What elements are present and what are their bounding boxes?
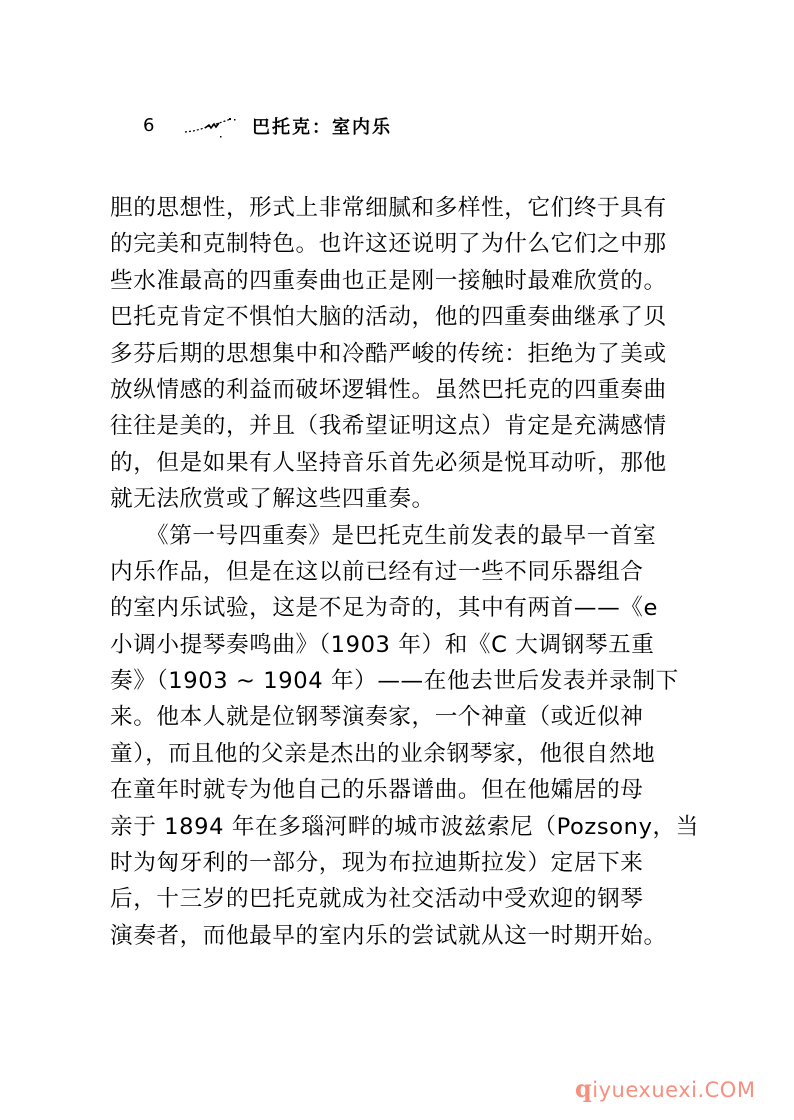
text-line: 就无法欣赏或了解这些四重奏。 <box>110 481 670 517</box>
watermark-text: iyuexuexi.COM <box>592 1078 755 1102</box>
text-line: 时为匈牙利的一部分，现为布拉迪斯拉发）定居下来 <box>110 845 670 881</box>
text-line: 演奏者，而他最早的室内乐的尝试就从这一时期开始。 <box>110 918 670 954</box>
text-line: 奏》（1903 ~ 1904 年）——在他去世后发表并录制下 <box>110 663 670 699</box>
text-line: 胆的思想性，形式上非常细腻和多样性，它们终于具有 <box>110 190 670 226</box>
text-line: 童），而且他的父亲是杰出的业余钢琴家，他很自然地 <box>110 736 670 772</box>
page-number: 6 <box>143 115 154 136</box>
text-line: 内乐作品，但是在这以前已经有过一些不同乐器组合 <box>110 554 670 590</box>
text-line: 放纵情感的利益而破坏逻辑性。虽然巴托克的四重奏曲 <box>110 372 670 408</box>
text-line: 的，但是如果有人坚持音乐首先必须是悦耳动听，那他 <box>110 445 670 481</box>
text-line: 《第一号四重奏》是巴托克生前发表的最早一首室 <box>110 518 670 554</box>
text-line: 来。他本人就是位钢琴演奏家，一个神童（或近似神 <box>110 699 670 735</box>
running-title: 巴托克：室内乐 <box>252 113 392 139</box>
body-text: 胆的思想性，形式上非常细腻和多样性，它们终于具有的完美和克制特色。也许这还说明了… <box>110 190 670 954</box>
watermark: qiyuexuexi.COM <box>575 1074 755 1103</box>
text-line: 的完美和克制特色。也许这还说明了为什么它们之中那 <box>110 226 670 262</box>
flourish-icon <box>183 116 243 138</box>
text-line: 些水准最高的四重奏曲也正是刚一接触时最难欣赏的。 <box>110 263 670 299</box>
text-line: 小调小提琴奏鸣曲》（1903 年）和《C 大调钢琴五重 <box>110 627 670 663</box>
watermark-logo-letter: q <box>575 1074 592 1103</box>
text-line: 往往是美的，并且（我希望证明这点）肯定是充满感情 <box>110 408 670 444</box>
page-header: 6 巴托克：室内乐 <box>143 112 543 142</box>
text-line: 亲于 1894 年在多瑙河畔的城市波兹索尼（Pozsony，当 <box>110 809 670 845</box>
text-line: 多芬后期的思想集中和冷酷严峻的传统：拒绝为了美或 <box>110 336 670 372</box>
text-line: 后，十三岁的巴托克就成为社交活动中受欢迎的钢琴 <box>110 881 670 917</box>
text-line: 巴托克肯定不惧怕大脑的活动，他的四重奏曲继承了贝 <box>110 299 670 335</box>
text-line: 的室内乐试验，这是不足为奇的，其中有两首——《e <box>110 590 670 626</box>
text-line: 在童年时就专为他自己的乐器谱曲。但在他孀居的母 <box>110 772 670 808</box>
